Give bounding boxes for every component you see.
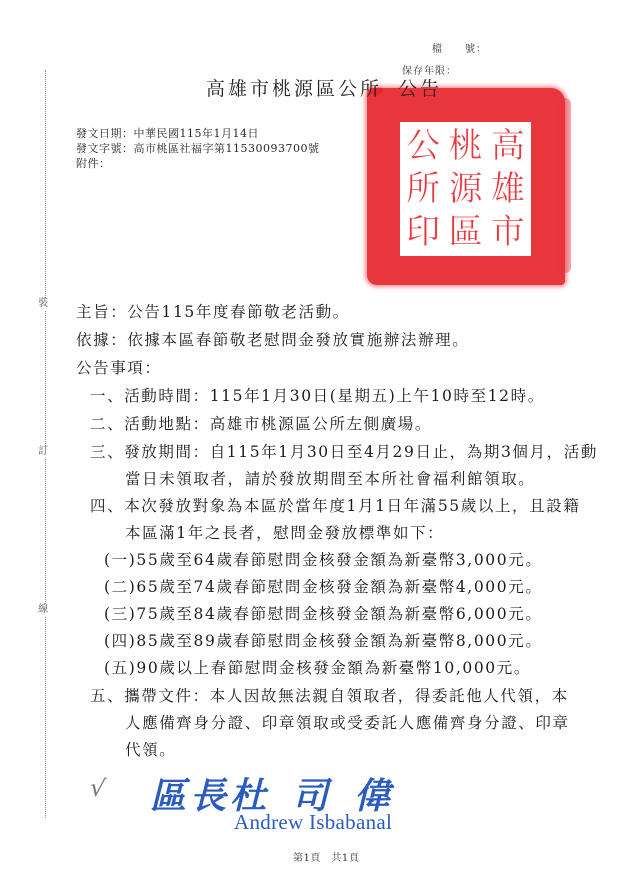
check-mark-icon: √ xyxy=(88,773,107,803)
item-1-line: 一、活動時間：115年1月30日(星期五)上午10時至12時。 xyxy=(90,384,545,406)
sub-item-1: (一)55歲至64歲春節慰問金核發金額為新臺幣3,000元。 xyxy=(104,548,542,570)
binding-char-xian: 線 xyxy=(38,604,48,616)
basis-line: 依據：依據本區春節敬老慰問金發放實施辦法辦理。 xyxy=(76,328,469,350)
item-2-line: 二、活動地點：高雄市桃源區公所左側廣場。 xyxy=(90,412,432,434)
item-4-line-1: 四、本次發放對象為本區於當年度1月1日年滿55歲以上，且設籍 xyxy=(90,494,580,516)
seal-char: 市 xyxy=(487,211,529,254)
sub-item-2: (二)65歲至74歲春節慰問金核發金額為新臺幣4,000元。 xyxy=(104,575,542,597)
binding-dotted-line xyxy=(45,70,46,818)
official-seal-stamp: 高 雄 市 桃 源 區 公 所 印 xyxy=(367,88,565,285)
issue-date-row: 發文日期：中華民國115年1月14日 xyxy=(76,126,259,141)
title-organization: 高雄市桃源區公所 xyxy=(206,78,382,100)
seal-char: 源 xyxy=(444,167,486,210)
page-indicator: 第1頁 共1頁 xyxy=(293,849,359,864)
seal-char: 區 xyxy=(444,211,486,254)
seal-char: 雄 xyxy=(487,167,529,210)
seal-char: 所 xyxy=(402,167,444,210)
sub-item-3: (三)75歲至84歲春節慰問金核發金額為新臺幣6,000元。 xyxy=(104,602,542,624)
seal-char: 印 xyxy=(402,211,444,254)
subject-line: 主旨：公告115年度春節敬老活動。 xyxy=(76,300,350,322)
file-number-label: 檔 號： xyxy=(432,40,487,55)
sub-item-4: (四)85歲至89歲春節慰問金核發金額為新臺幣8,000元。 xyxy=(104,629,542,651)
seal-char: 高 xyxy=(487,124,529,167)
item-5-line-2: 人應備齊身分證、印章領取或受委託人應備齊身分證、印章 xyxy=(125,711,570,733)
seal-char: 桃 xyxy=(444,124,486,167)
items-heading: 公告事項： xyxy=(76,356,162,378)
issue-date-label: 發文日期： xyxy=(76,127,134,140)
seal-inner-field: 高 雄 市 桃 源 區 公 所 印 xyxy=(400,122,531,256)
director-name-english: Andrew Isbabanal xyxy=(234,810,392,834)
item-5-line-3: 代領。 xyxy=(125,738,176,760)
binding-char-zhuang: 裝 xyxy=(38,298,48,310)
item-4-line-2: 本區滿1年之長者，慰問金發放標準如下： xyxy=(125,521,444,543)
document-number-row: 發文字號：高市桃區社福字第11530093700號 xyxy=(76,141,319,156)
sub-item-5: (五)90歲以上春節慰問金核發金額為新臺幣10,000元。 xyxy=(104,656,531,678)
signature-title: 區長 xyxy=(150,775,230,817)
document-title: 高雄市桃源區公所公告 xyxy=(206,74,442,101)
binding-char-ding: 訂 xyxy=(38,446,48,458)
document-number-value: 高市桃區社福字第11530093700號 xyxy=(134,142,320,155)
item-3-line-2: 當日未領取者，請於發放期間至本所社會福利館領取。 xyxy=(125,467,535,489)
item-3-line-1: 三、發放期間：自115年1月30日至4月29日止，為期3個月，活動 xyxy=(90,440,598,462)
document-number-label: 發文字號： xyxy=(76,142,134,155)
item-5-line-1: 五、攜帶文件：本人因故無法親自領取者，得委託他人代領，本 xyxy=(90,684,569,706)
issue-date-value: 中華民國115年1月14日 xyxy=(134,127,260,140)
seal-char: 公 xyxy=(402,124,444,167)
attachment-label: 附件： xyxy=(76,156,111,171)
title-type: 公告 xyxy=(398,78,442,100)
